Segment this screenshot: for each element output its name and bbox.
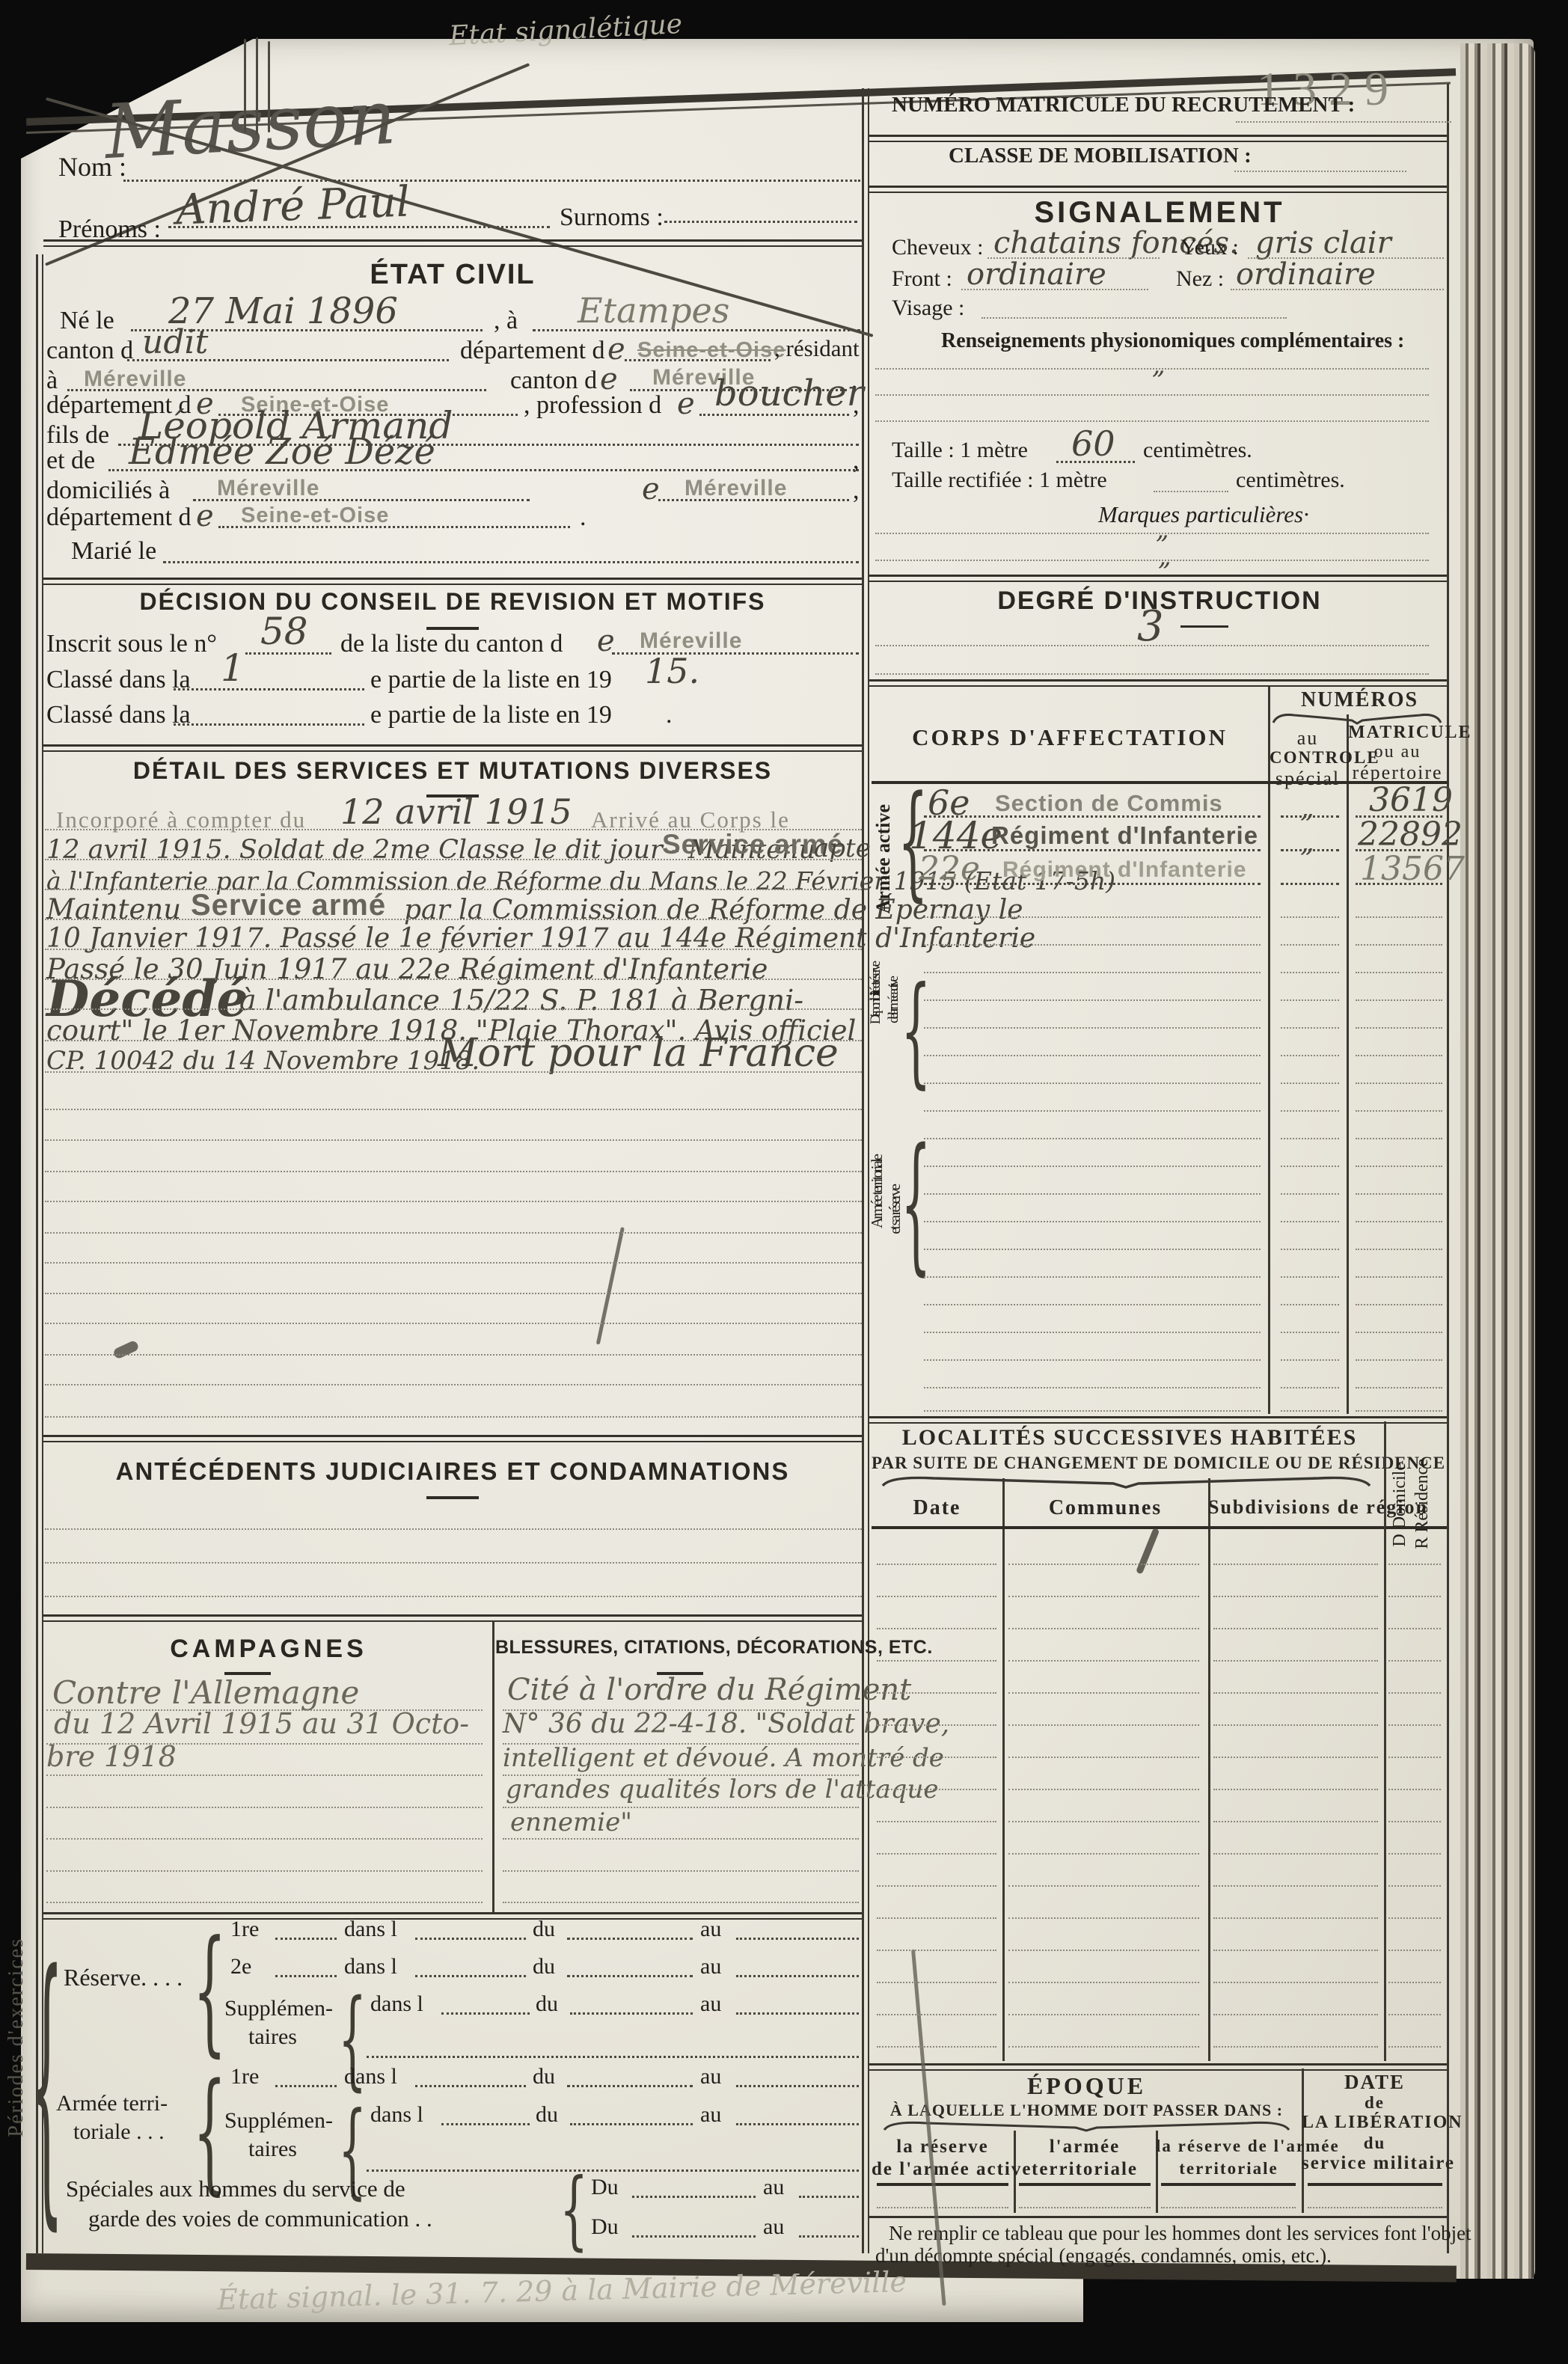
- ruled-line: [1213, 1821, 1378, 1822]
- classe1-label: Classé dans la: [46, 666, 191, 694]
- table-line: [1347, 714, 1349, 1414]
- renseignements-label: Renseignements physionomiques complément…: [941, 329, 1404, 353]
- ruled-line: [1388, 1885, 1441, 1887]
- ruled-line: [799, 2196, 859, 2198]
- ruled-line: [875, 368, 1429, 370]
- corps-row-matricule: 22892: [1358, 815, 1463, 854]
- ruled-line: [625, 359, 771, 361]
- groupe-armee-active: Armée active: [872, 804, 895, 914]
- ruled-line: [1356, 1359, 1442, 1361]
- ruled-line: [1356, 1276, 1442, 1278]
- date-liberation-l1: DATE: [1302, 2071, 1448, 2094]
- ruled-line: [441, 2123, 530, 2125]
- ruled-line: [218, 526, 570, 528]
- ruled-line: [45, 1596, 862, 1597]
- ruled-line: [1281, 849, 1339, 851]
- ruled-line: [46, 1709, 483, 1711]
- ruled-line: [1008, 1564, 1199, 1565]
- canton-value: udit: [142, 323, 208, 361]
- ruled-line: [1388, 2046, 1441, 2048]
- ruled-line: [245, 652, 331, 655]
- ruled-line: [924, 1249, 1261, 1250]
- au-label: au: [700, 1991, 721, 2017]
- ruled-line: [45, 1139, 862, 1141]
- visage-label: Visage :: [892, 295, 964, 321]
- epoque-col3-l1: la réserve de l'armée: [1156, 2137, 1302, 2156]
- epoque-title: ÉPOQUE: [872, 2072, 1302, 2100]
- matricule-header-2: ou au: [1348, 742, 1447, 762]
- ruled-line: [1281, 1055, 1339, 1056]
- supplementaires-label: Supplémen-: [224, 1996, 333, 2021]
- corps-affectation-header: CORPS D'AFFECTATION: [872, 724, 1268, 751]
- ruled-line: [1154, 491, 1228, 492]
- ruled-line: [1356, 883, 1442, 885]
- ruled-line: [1281, 883, 1339, 885]
- epoque-col2-l1: l'armée: [1014, 2137, 1156, 2158]
- hw-dash: [1180, 625, 1228, 628]
- table-line: [1002, 1478, 1005, 2061]
- service-hw-date: 12 avril 1915: [340, 791, 572, 832]
- table-line: [1208, 1478, 1210, 2061]
- ruled-line: [415, 1975, 526, 1977]
- campagnes-line1: Contre l'Allemagne: [52, 1674, 359, 1711]
- corps-row-matricule: 3619: [1369, 781, 1453, 819]
- ruled-line: [1008, 2046, 1199, 2048]
- corps-row-ctrl: „: [1300, 793, 1314, 824]
- du-label: du: [533, 1954, 555, 1979]
- ruled-line: [503, 1743, 859, 1745]
- ruled-line: [877, 2207, 1008, 2208]
- right-frame-line: [1447, 84, 1449, 2253]
- ruled-line: [1213, 1917, 1378, 1919]
- ruled-line: [875, 394, 1429, 396]
- residant-label: , résidant: [774, 335, 860, 362]
- ruled-line: [46, 1774, 483, 1776]
- section-rule: [869, 679, 1447, 687]
- ruled-line: [924, 849, 1261, 851]
- ruled-line: [503, 1774, 859, 1776]
- ruled-line: [736, 2085, 859, 2087]
- ruled-line: [1008, 1757, 1199, 1758]
- ruled-line: [875, 533, 1429, 534]
- ruled-line: [1213, 1564, 1378, 1565]
- marie-le-label: Marié le: [71, 537, 156, 566]
- ruled-line: [1213, 1982, 1378, 1983]
- ruled-line: [275, 2085, 337, 2087]
- ruled-line: [1008, 1596, 1199, 1597]
- classe1-label2: e partie de la liste en 19: [370, 666, 612, 694]
- table-bottom-rule: [869, 2216, 1447, 2218]
- service-arme-stamp: Service armé: [191, 889, 386, 922]
- table-header-rule: [1161, 2183, 1296, 2186]
- ruled-line: [45, 949, 862, 950]
- blessures-line3: intelligent et dévoué. A montré de: [503, 1743, 944, 1773]
- classe2-label2: e partie de la liste en 19: [370, 701, 612, 729]
- ruled-line: [127, 359, 449, 361]
- localites-col-communes: Communes: [1002, 1496, 1208, 1520]
- ruled-line: [877, 1853, 996, 1855]
- table-header-rule: [1385, 1526, 1447, 1529]
- ruled-line: [45, 889, 862, 890]
- bottom-right-black: [1083, 2279, 1568, 2364]
- title-dash: [426, 1496, 479, 1499]
- ruled-line: [1356, 815, 1442, 818]
- ruled-line: [1161, 2207, 1296, 2208]
- epoque-col2-l2: territoriale: [1014, 2159, 1156, 2180]
- ruled-line: [1281, 1221, 1339, 1222]
- blessures-title: BLESSURES, CITATIONS, DÉCORATIONS, ETC.: [495, 1637, 862, 1659]
- ruled-line: [875, 560, 1429, 561]
- pen-flourish: [244, 39, 246, 132]
- ruled-line: [799, 2235, 859, 2238]
- ruled-line: [168, 226, 550, 228]
- table-line: [1268, 687, 1270, 1414]
- ruled-line: [924, 1166, 1261, 1167]
- ruled-line: [1231, 289, 1444, 290]
- epoque-col1-l2: de l'armée active: [872, 2159, 1014, 2180]
- ruled-line: [1281, 1027, 1339, 1029]
- ruled-line: [961, 289, 1148, 290]
- ruled-line: [1213, 1596, 1378, 1597]
- ruled-line: [45, 1232, 862, 1234]
- ruled-line: [45, 1201, 862, 1202]
- dans-l-label: dans l: [344, 1954, 397, 1979]
- departement3-stamp: Seine-et-Oise: [241, 503, 389, 528]
- ruled-line: [45, 1171, 862, 1172]
- supplementaires-label2: taires: [248, 2024, 297, 2050]
- section-rule: [43, 1614, 862, 1622]
- surnoms-label: Surnoms :: [560, 203, 664, 232]
- ruled-line: [924, 1304, 1261, 1305]
- ruled-line: [1236, 121, 1451, 123]
- ruled-line: [924, 999, 1261, 1001]
- corps-row-name-stamp: Régiment d'Infanterie: [1002, 857, 1247, 883]
- cm-label: centimètres.: [1236, 468, 1345, 493]
- ruled-line: [1281, 1166, 1339, 1167]
- section-rule: [43, 578, 862, 585]
- departement-label: département d: [460, 337, 605, 365]
- brace: {: [901, 1131, 931, 1279]
- ruled-line: [45, 1008, 862, 1010]
- epoque-note-1: Ne remplir ce tableau que pour les homme…: [889, 2222, 1471, 2245]
- section-rule: [869, 186, 1447, 193]
- ruled-line: [1281, 972, 1339, 973]
- hw-e: e: [196, 499, 214, 533]
- ruled-line: [1281, 1110, 1339, 1112]
- speciales-label1: Spéciales aux hommes du service de: [66, 2175, 405, 2202]
- ruled-line: [193, 499, 530, 501]
- ruled-line: [736, 2123, 859, 2125]
- ruled-line: [1213, 1628, 1378, 1629]
- taille-value: 60: [1071, 423, 1115, 464]
- ruled-line: [415, 2085, 526, 2087]
- ruled-line: [1008, 1692, 1199, 1694]
- ruled-line: [570, 2123, 693, 2125]
- residence-stamp: Méreville: [84, 367, 186, 392]
- canton3-stamp: Méreville: [685, 476, 787, 501]
- ruled-line: [875, 420, 1429, 422]
- section-rule: [43, 239, 862, 247]
- ruled-line: [924, 1027, 1261, 1029]
- ruled-line: [1281, 944, 1339, 946]
- classe-mobilisation-label: CLASSE DE MOBILISATION :: [949, 144, 1252, 168]
- localites-col-residence: R Résidence: [1412, 1459, 1433, 1549]
- ruled-line: [1213, 2046, 1378, 2048]
- mother-name: Edmée Zoé Dézé: [129, 431, 435, 473]
- book-page-edges: [1460, 43, 1535, 2284]
- ruled-line: [45, 1071, 862, 1073]
- ruled-line: [736, 2012, 859, 2015]
- ruled-line: [415, 1938, 526, 1940]
- ruled-line: [877, 1950, 996, 1951]
- ruled-line: [1388, 1628, 1441, 1629]
- au-label: au: [763, 2175, 784, 2200]
- ruled-line: [45, 919, 862, 920]
- ruled-line: [1281, 1249, 1339, 1250]
- ruled-line: [1388, 1950, 1441, 1951]
- ruled-line: [1213, 2014, 1378, 2015]
- ruled-line: [1008, 1982, 1199, 1983]
- decision-title: DÉCISION DU CONSEIL DE REVISION ET MOTIF…: [45, 588, 860, 616]
- supplementaires-label2: taires: [248, 2137, 297, 2162]
- hw-e: e: [642, 472, 660, 506]
- date-liberation-l5: service militaire: [1302, 2153, 1448, 2174]
- pen-flourish: [268, 41, 270, 132]
- ruled-line: [664, 221, 857, 223]
- point: .: [580, 503, 587, 532]
- ruled-line: [1356, 1221, 1442, 1222]
- brace-down: [881, 1474, 1373, 1490]
- ruled-line: [1281, 1138, 1339, 1139]
- ruled-line: [45, 1323, 862, 1324]
- nom-handwritten: Masson: [102, 73, 398, 176]
- ruled-line: [924, 1138, 1261, 1139]
- ruled-line: [567, 1975, 693, 1977]
- reserve-label: Réserve. . . .: [64, 1964, 183, 1991]
- ruled-line: [1213, 1724, 1378, 1726]
- campagnes-divider: [492, 1620, 494, 1912]
- ruled-line: [45, 1262, 862, 1264]
- classe1-number: 1: [221, 646, 245, 690]
- ruled-line: [567, 2085, 693, 2087]
- periode-row-label: 1re: [230, 1917, 259, 1942]
- au-label: au: [763, 2214, 784, 2240]
- campagnes-title: CAMPAGNES: [45, 1635, 492, 1664]
- epoque-subtitle: À LAQUELLE L'HOMME DOIT PASSER DANS :: [872, 2101, 1302, 2120]
- ruled-line: [1213, 1757, 1378, 1758]
- section-rule: [869, 135, 1447, 142]
- corps-row-ctrl: „: [1300, 827, 1314, 858]
- periode-row-label: 2e: [230, 1954, 251, 1979]
- comma: ,: [853, 447, 860, 475]
- ditto-mark: „: [1152, 350, 1166, 380]
- epoque-col1-l1: la réserve: [872, 2137, 1014, 2158]
- ruled-line: [46, 1870, 483, 1872]
- ruled-line: [1281, 1083, 1339, 1084]
- ruled-line: [877, 1982, 996, 1983]
- ruled-line: [1356, 1027, 1442, 1029]
- ruled-line: [1281, 999, 1339, 1001]
- ruled-line: [1388, 1724, 1441, 1726]
- ruled-line: [1213, 1853, 1378, 1855]
- ruled-line: [46, 1743, 483, 1745]
- ruled-line: [567, 1938, 693, 1940]
- ruled-line: [877, 2046, 996, 2048]
- ruled-line: [45, 1384, 862, 1385]
- ruled-line: [1213, 1885, 1378, 1887]
- signalement-title: SIGNALEMENT: [872, 196, 1448, 230]
- profession-label: , profession d: [524, 391, 661, 420]
- ruled-line: [367, 2169, 859, 2172]
- table-header-rule: [872, 1526, 1384, 1529]
- epoque-col3-l2: territoriale: [1156, 2159, 1302, 2178]
- ruled-line: [1234, 171, 1406, 172]
- brace: {: [193, 1923, 227, 2059]
- mort-pour-la-france: Mort pour la France: [438, 1031, 839, 1076]
- ruled-line: [1356, 1138, 1442, 1139]
- ruled-line: [632, 2196, 756, 2198]
- inscrit-label: Inscrit sous le n°: [46, 630, 217, 658]
- ruled-line: [174, 723, 364, 726]
- section-rule: [43, 1435, 862, 1442]
- table-header-rule: [877, 2183, 1008, 2186]
- et-de-label: et de: [46, 447, 95, 475]
- localites-col-domicile: D Domicile: [1390, 1463, 1410, 1547]
- inscrit-canton-stamp: Méreville: [640, 628, 742, 654]
- blessures-line1: Cité à l'ordre du Régiment: [507, 1673, 911, 1707]
- ruled-line: [1388, 1853, 1441, 1855]
- pen-flourish: [256, 37, 258, 135]
- groupe-disponibilite-2: de l'armée active: [886, 979, 902, 1023]
- ruled-line: [46, 1902, 483, 1903]
- brace: {: [30, 1938, 64, 2231]
- du-label: Du: [591, 2214, 619, 2240]
- ruled-line: [123, 180, 860, 182]
- ruled-line: [924, 916, 1261, 918]
- profession-value: boucher: [714, 373, 864, 414]
- ruled-line: [275, 1975, 337, 1977]
- taille-label: Taille : 1 mètre: [892, 438, 1028, 463]
- ruled-line: [1281, 815, 1339, 818]
- services-title: DÉTAIL DES SERVICES ET MUTATIONS DIVERSE…: [45, 757, 860, 785]
- ruled-line: [1281, 916, 1339, 918]
- ruled-line: [877, 2014, 996, 2015]
- ruled-line: [877, 1789, 996, 1790]
- ruled-line: [924, 1410, 1261, 1412]
- dans-l-label: dans l: [344, 2064, 397, 2089]
- instruction-value: 3: [1137, 602, 1164, 651]
- dans-l-label: dans l: [370, 2102, 423, 2128]
- ruled-line: [1056, 461, 1135, 463]
- departement3-label: département d: [46, 503, 192, 532]
- supplementaires-label: Supplémen-: [224, 2108, 333, 2134]
- ruled-line: [1356, 1304, 1442, 1305]
- antecedents-title: ANTÉCÉDENTS JUDICIAIRES ET CONDAMNATIONS: [45, 1457, 860, 1486]
- ne-le-label: Né le: [60, 307, 114, 335]
- service-line4-maintenu: Maintenu: [46, 893, 181, 925]
- controle-header-3: spécial: [1270, 768, 1346, 790]
- ruled-line: [1008, 1917, 1199, 1919]
- classe1-year: 15.: [645, 651, 699, 691]
- ruled-line: [45, 1293, 862, 1294]
- ruled-line: [1388, 1660, 1441, 1662]
- ruled-line: [924, 1276, 1261, 1278]
- au-label: au: [700, 2102, 721, 2128]
- speciales-label2: garde des voies de communication . .: [88, 2205, 432, 2232]
- ruled-line: [658, 499, 849, 501]
- territoriale-label2: toriale . . .: [73, 2119, 165, 2145]
- ruled-line: [699, 414, 849, 416]
- brace: {: [560, 2168, 588, 2253]
- matricule-label: NUMÉRO MATRICULE DU RECRUTEMENT :: [892, 93, 1355, 117]
- ruled-line: [632, 2235, 756, 2238]
- ruled-line: [1388, 2014, 1441, 2015]
- corps-row-name-stamp: Régiment d'Infanterie: [991, 821, 1258, 850]
- ruled-line: [1308, 2207, 1442, 2208]
- dans-l-label: dans l: [344, 1917, 397, 1942]
- ruled-line: [503, 1807, 859, 1808]
- ruled-line: [367, 2056, 859, 2058]
- date-liberation-l4: du: [1302, 2134, 1448, 2153]
- hw-e: e: [677, 387, 695, 421]
- ruled-line: [503, 1870, 859, 1872]
- ruled-line: [924, 1193, 1261, 1195]
- ruled-line: [1008, 1660, 1199, 1662]
- ruled-line: [45, 1109, 862, 1110]
- ruled-line: [1213, 1950, 1378, 1951]
- ruled-line: [45, 859, 862, 860]
- date-liberation-l3: LA LIBÉRATION: [1302, 2113, 1448, 2133]
- ruled-line: [1388, 1692, 1441, 1694]
- ruled-line: [1008, 1789, 1199, 1790]
- ruled-line: [877, 1821, 996, 1822]
- section-rule: [43, 744, 862, 752]
- section-rule: [869, 2063, 1447, 2071]
- ruled-line: [736, 1938, 859, 1940]
- dans-l-label: dans l: [370, 1991, 423, 2017]
- ruled-line: [1356, 1249, 1442, 1250]
- ruled-line: [877, 1757, 996, 1758]
- ruled-line: [45, 1562, 862, 1564]
- ruled-line: [570, 2012, 693, 2015]
- localites-title: LOCALITÉS SUCCESSIVES HABITÉES: [872, 1425, 1388, 1451]
- du-label: Du: [591, 2175, 619, 2200]
- ruled-line: [1008, 2014, 1199, 2015]
- periodes-margin-label: Périodes d'exercices: [4, 1938, 28, 2137]
- du-label: du: [533, 1917, 555, 1942]
- ruled-line: [1281, 1276, 1339, 1278]
- controle-header-2: CONTROLE: [1270, 748, 1346, 768]
- ruled-line: [1008, 1853, 1199, 1855]
- ruled-line: [924, 1055, 1261, 1056]
- ruled-line: [875, 673, 1429, 675]
- ruled-line: [46, 1838, 483, 1840]
- table-header-rule: [1308, 2183, 1442, 2186]
- ruled-line: [1281, 1359, 1339, 1361]
- marques-label: Marques particulières·: [1098, 501, 1309, 528]
- ruled-line: [1356, 944, 1442, 946]
- ruled-line: [1008, 1724, 1199, 1726]
- classe2-point: .: [666, 701, 673, 729]
- ruled-line: [924, 1083, 1261, 1084]
- ruled-line: [503, 1838, 859, 1840]
- ruled-line: [1281, 1410, 1339, 1412]
- ruled-line: [1213, 1660, 1378, 1662]
- canton-label: canton d: [46, 337, 133, 365]
- yeux-label: Yeux :: [1180, 235, 1239, 260]
- brace: {: [901, 973, 931, 1092]
- yeux-value: gris clair: [1255, 226, 1391, 260]
